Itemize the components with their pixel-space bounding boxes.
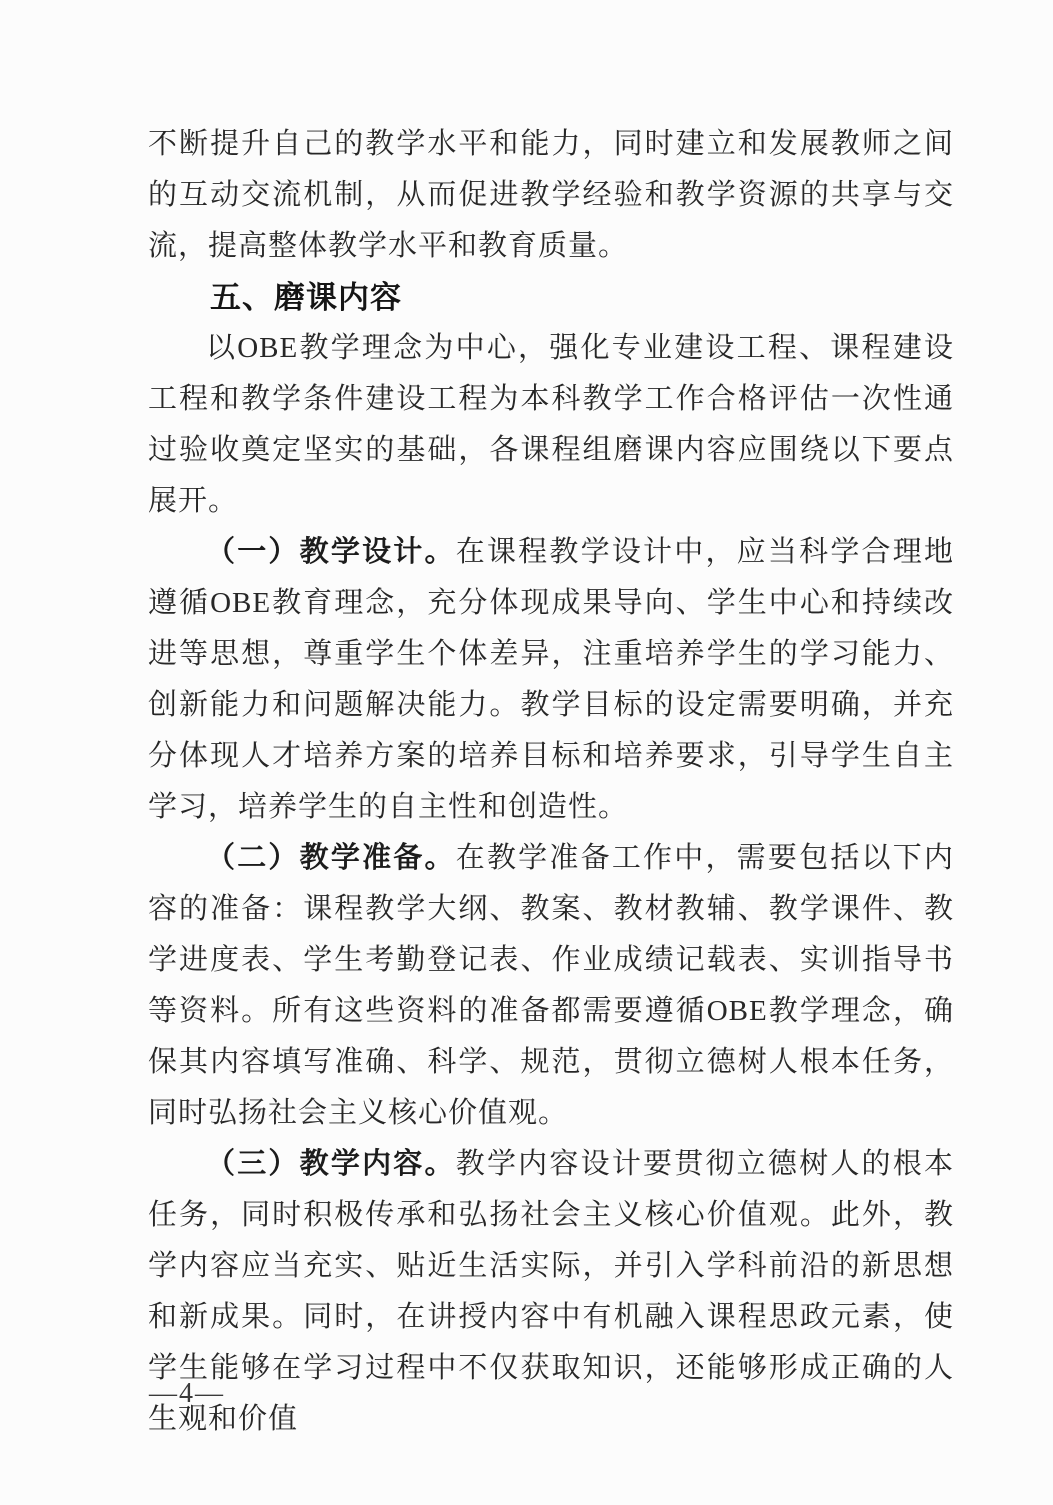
paragraph-item-3: （三）教学内容。教学内容设计要贯彻立德树人的根本任务，同时积极传承和弘扬社会主义… <box>148 1139 954 1445</box>
item-1-text: 在课程教学设计中，应当科学合理地遵循OBE教育理念，充分体现成果导向、学生中心和… <box>148 536 954 823</box>
document-page: 不断提升自己的教学水平和能力，同时建立和发展教师之间的互动交流机制，从而促进教学… <box>0 0 1053 1505</box>
paragraph-item-2: （二）教学准备。在教学准备工作中，需要包括以下内容的准备：课程教学大纲、教案、教… <box>148 833 954 1139</box>
paragraph-intro: 以OBE教学理念为中心，强化专业建设工程、课程建设工程和教学条件建设工程为本科教… <box>148 323 954 527</box>
paragraph-item-1: （一）教学设计。在课程教学设计中，应当科学合理地遵循OBE教育理念，充分体现成果… <box>148 527 954 833</box>
item-3-leader: （三）教学内容。 <box>206 1148 456 1180</box>
item-2-leader: （二）教学准备。 <box>206 842 456 874</box>
item-2-text: 在教学准备工作中，需要包括以下内容的准备：课程教学大纲、教案、教材教辅、教学课件… <box>148 842 954 1129</box>
document-body: 不断提升自己的教学水平和能力，同时建立和发展教师之间的互动交流机制，从而促进教学… <box>148 119 954 1445</box>
page-number: —4— <box>149 1378 225 1410</box>
item-1-leader: （一）教学设计。 <box>206 536 456 568</box>
section-heading: 五、磨课内容 <box>148 272 954 323</box>
item-3-text: 教学内容设计要贯彻立德树人的根本任务，同时积极传承和弘扬社会主义核心价值观。此外… <box>148 1148 954 1435</box>
paragraph-continuation: 不断提升自己的教学水平和能力，同时建立和发展教师之间的互动交流机制，从而促进教学… <box>148 119 954 272</box>
